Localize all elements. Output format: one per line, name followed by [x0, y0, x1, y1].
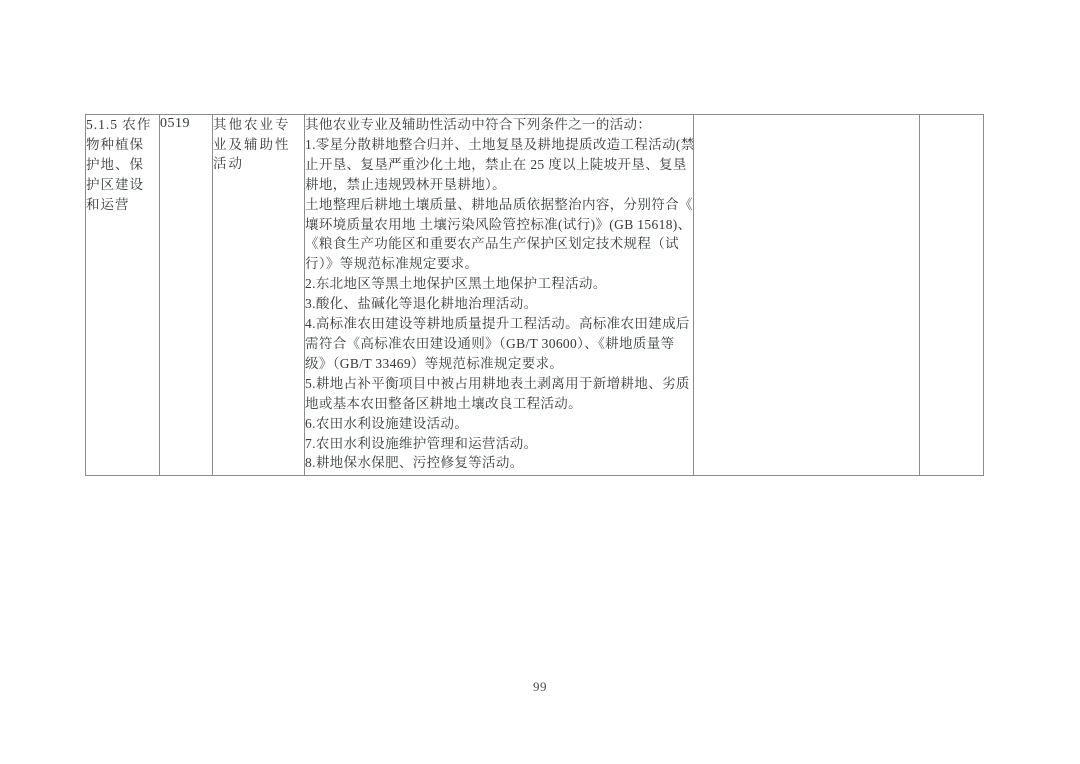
text-line: 5.1.5 农作 — [86, 115, 159, 135]
text-line: 5.耕地占补平衡项目中被占用耕地表土剥离用于新增耕地、劣质 — [305, 374, 693, 394]
industry-code: 0519 — [160, 116, 190, 131]
remark-cell-left — [694, 115, 920, 476]
text-line: 2.东北地区等黑土地保护区黑土地保护工程活动。 — [305, 274, 693, 294]
text-line: 壤环境质量农用地 土壤污染风险管控标准(试行)》(GB 15618)、 — [305, 215, 693, 235]
text-line: 地或基本农田整备区耕地土壤改良工程活动。 — [305, 394, 693, 414]
text-line: 护区建设 — [86, 175, 159, 195]
text-line: 其他农业专 — [213, 115, 304, 135]
document-page: 5.1.5 农作物种植保护地、保护区建设和运营 0519 其他农业专业及辅助性活… — [0, 0, 1080, 764]
text-line: 4.高标准农田建设等耕地质量提升工程活动。高标准农田建成后 — [305, 314, 693, 334]
description-cell: 其他农业专业及辅助性活动中符合下列条件之一的活动：1.零星分散耕地整合归并、土地… — [305, 115, 694, 476]
text-line: 8.耕地保水保肥、污控修复等活动。 — [305, 453, 693, 473]
text-line: 止开垦、复垦严重沙化土地，禁止在 25 度以上陡坡开垦、复垦 — [305, 155, 693, 175]
text-line: 业及辅助性 — [213, 135, 304, 155]
page-number: 99 — [0, 679, 1080, 695]
text-line: 6.农田水利设施建设活动。 — [305, 414, 693, 434]
category-cell: 5.1.5 农作物种植保护地、保护区建设和运营 — [86, 115, 160, 476]
classification-table: 5.1.5 农作物种植保护地、保护区建设和运营 0519 其他农业专业及辅助性活… — [85, 114, 984, 476]
table-row: 5.1.5 农作物种植保护地、保护区建设和运营 0519 其他农业专业及辅助性活… — [86, 115, 984, 476]
text-line: 行）》等规范标准规定要求。 — [305, 254, 693, 274]
code-cell: 0519 — [160, 115, 213, 476]
remark-cell-right — [920, 115, 984, 476]
text-line: 需符合《高标准农田建设通则》（GB/T 30600）、《耕地质量等 — [305, 334, 693, 354]
text-line: 3.酸化、盐碱化等退化耕地治理活动。 — [305, 294, 693, 314]
text-line: 级》（GB/T 33469）等规范标准规定要求。 — [305, 354, 693, 374]
text-line: 护地、保 — [86, 155, 159, 175]
text-line: 其他农业专业及辅助性活动中符合下列条件之一的活动： — [305, 115, 693, 135]
text-line: 耕地，禁止违规毁林开垦耕地）。 — [305, 175, 693, 195]
text-line: 7.农田水利设施维护管理和运营活动。 — [305, 434, 693, 454]
text-line: 土地整理后耕地土壤质量、耕地品质依据整治内容，分别符合《土 — [305, 195, 693, 215]
text-line: 1.零星分散耕地整合归并、土地复垦及耕地提质改造工程活动(禁 — [305, 135, 693, 155]
text-line: 《粮食生产功能区和重要农产品生产保护区划定技术规程（试 — [305, 234, 693, 254]
text-line: 活动 — [213, 154, 304, 174]
text-line: 和运营 — [86, 195, 159, 215]
text-line: 物种植保 — [86, 135, 159, 155]
industry-cell: 其他农业专业及辅助性活动 — [213, 115, 305, 476]
